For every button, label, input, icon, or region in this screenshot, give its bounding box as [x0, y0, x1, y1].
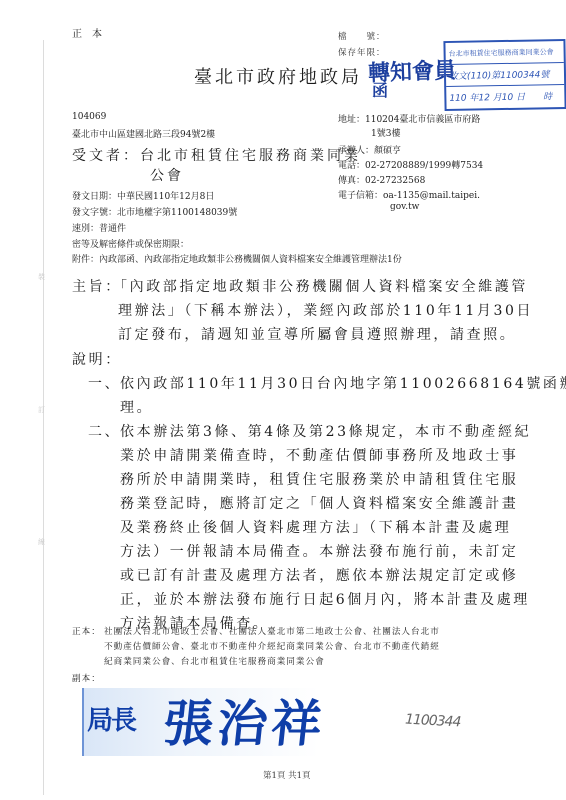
explanation-line: 依本辦法第3條、第4條及第23條規定，本市不動產經紀	[120, 421, 531, 441]
attachments: 附件：內政部函、內政部指定地政類非公務機關個人資料檔案安全維護管理辦法1份	[72, 252, 402, 265]
delivery-speed: 速別：普通件	[72, 221, 126, 234]
explanation-marker: 二、	[88, 421, 121, 441]
recipient-name: 台北市租賃住宅服務商業同業	[140, 148, 361, 164]
sender-address-cont: 1號3樓	[371, 126, 400, 139]
signature-name: 張治祥	[160, 684, 330, 756]
explanation-line: 及業務終止後個人資料處理方法」（下稱本計畫及處理	[120, 517, 511, 537]
sender-address: 地址：110204臺北市信義區市府路	[338, 112, 480, 125]
recipient-address: 臺北市中山區建國北路三段94號2樓	[72, 127, 215, 140]
explanation-line: 正，並於本辦法發布施行日起6個月內，將本計畫及處理	[120, 589, 530, 609]
binding-line	[43, 40, 44, 795]
binding-mark: 線	[38, 537, 45, 547]
signature-title: 局長	[87, 700, 135, 737]
original-recipients-line: 紀商業同業公會、台北市租賃住宅服務商業同業公會	[104, 655, 325, 667]
recipient-label: 受文者：	[72, 148, 140, 164]
stamp-date: 110 年12 月10 日 時	[446, 85, 564, 108]
email-cont[interactable]: gov.tw	[390, 202, 419, 212]
copy-type-label: 正本	[72, 25, 112, 40]
explanation-line: 務業登記時，應將訂定之「個人資料檔案安全維護計畫	[120, 493, 518, 513]
explanation-label: 說明：	[72, 349, 122, 369]
copy-recipients-label: 副本：	[72, 672, 101, 684]
explanation-line: 理。	[120, 397, 153, 417]
explanation-line: 業於申請開業備查時，不動產估價師事務所及地政士事	[120, 445, 518, 465]
stamp-receipt-number: 收文(110)第1100344號	[446, 63, 564, 87]
handler: 承辦人：顏碩亨	[338, 143, 401, 156]
handwritten-number: 1100344	[405, 712, 461, 731]
explanation-marker: 一、	[88, 373, 121, 393]
phone: 電話：02-27208889/1999轉7534	[338, 158, 483, 171]
original-recipients-line: 不動產估價師公會、臺北市不動產仲介經紀商業同業公會、台北市不動產代銷經	[104, 640, 440, 652]
explanation-line: 方法）一併報請本局備查。本辦法發布施行前，未訂定	[120, 541, 518, 561]
recipient-line: 受文者：台北市租賃住宅服務商業同業	[72, 145, 361, 165]
email-text[interactable]: 電子信箱：oa-1135@mail.taipei.	[338, 191, 480, 201]
binding-mark: 裝	[38, 272, 45, 282]
explanation-line: 務所於申請開業時，租賃住宅服務業於申請租賃住宅服	[120, 469, 518, 489]
handwritten-note-sub: 函	[372, 78, 388, 101]
fax: 傳真：02-27232568	[338, 173, 425, 186]
stamp-org: 台北市租賃住宅服務商業同業公會	[445, 41, 563, 65]
received-stamp: 台北市租賃住宅服務商業同業公會 收文(110)第1100344號 110 年12…	[443, 39, 566, 111]
email: 電子信箱：oa-1135@mail.taipei.	[338, 188, 480, 201]
original-recipients-line: 社團法人台北市地政士公會、社團法人臺北市第二地政士公會、社團法人台北市	[104, 625, 440, 637]
subject-line: 訂定發布，請週知並宣導所屬會員遵照辦理，請查照。	[118, 324, 516, 344]
subject-line: 理辦法」（下稱本辦法），業經內政部於110年11月30日	[118, 300, 533, 320]
issue-date: 發文日期：中華民國110年12月8日	[72, 189, 214, 202]
agency-title: 臺北市政府地政局	[194, 63, 362, 89]
confidentiality: 密等及解密條件或保密期限：	[72, 237, 189, 250]
explanation-line: 或已訂有計畫及處理方法者，應依本辦法規定訂定或修	[120, 565, 518, 585]
page-indicator: 第1頁 共1頁	[263, 769, 311, 781]
binding-mark: 訂	[38, 405, 45, 415]
explanation-line: 依內政部110年11月30日台內地字第11002668164號函辦	[120, 373, 566, 393]
postal-code: 104069	[72, 112, 106, 122]
subject-line: 「內政部指定地政類非公務機關個人資料檔案安全維護管	[113, 276, 528, 296]
document-number: 發文字號：北市地權字第1100148039號	[72, 205, 237, 218]
file-number-label: 檔 號：	[338, 30, 386, 42]
recipient-name-cont: 公會	[150, 165, 184, 185]
original-recipients-label: 正本：	[72, 625, 101, 637]
